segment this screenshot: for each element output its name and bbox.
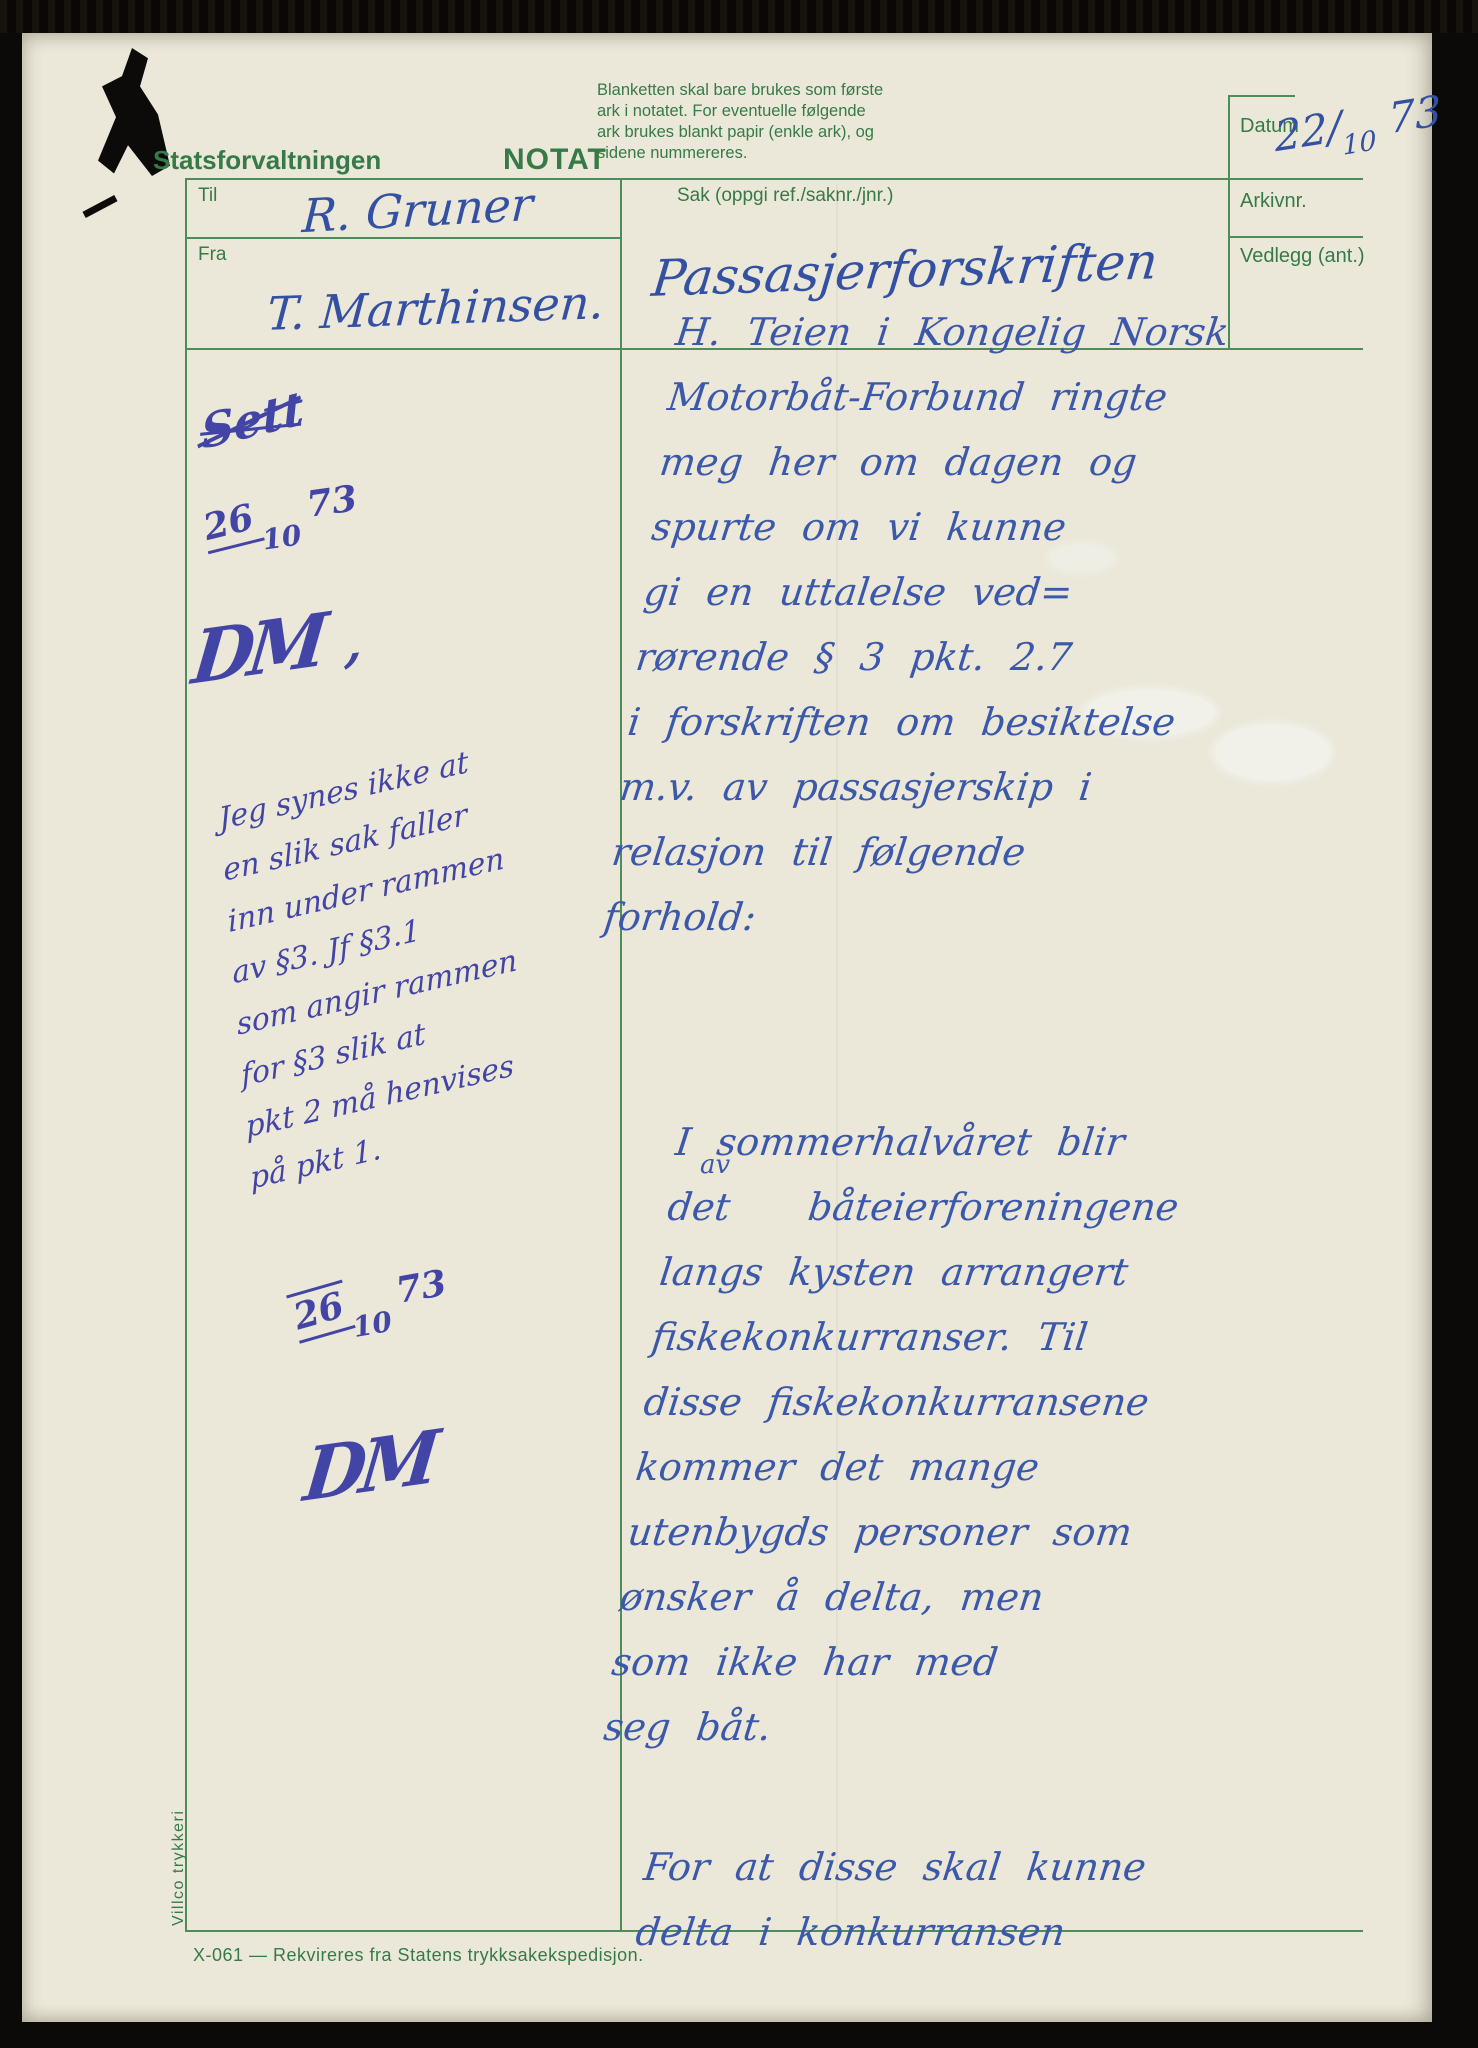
doc-type-title: NOTAT xyxy=(503,143,607,177)
margin-initials-1: DM, xyxy=(188,590,368,701)
initials-text: DM xyxy=(300,1413,438,1518)
date-numerator: 26 xyxy=(286,1280,356,1344)
body-line: For at disse skal kunne xyxy=(640,1835,1388,1900)
vedlegg-label: Vedlegg (ant.) xyxy=(1240,245,1365,268)
instruction-line: Blanketten skal bare brukes som første xyxy=(597,80,883,101)
arkivnr-label: Arkivnr. xyxy=(1240,190,1307,213)
sak-label: Sak (oppgi ref./saknr./jnr.) xyxy=(677,185,894,207)
arkivnr-vedlegg-divider xyxy=(1228,236,1363,238)
handwritten-sak-value: Passasjerforskriften xyxy=(649,232,1161,308)
body-line: rørende § 3 pkt. 2.7 xyxy=(632,625,1380,690)
fra-label: Fra xyxy=(198,244,227,266)
body-line: langs kysten arrangert xyxy=(656,1240,1404,1305)
body-line: fiskekonkurranser. Til xyxy=(648,1305,1396,1370)
body-line: forhold: xyxy=(600,885,1348,950)
margin-date-1: 261073 xyxy=(198,477,363,564)
handwritten-date: 22/10 73 xyxy=(1273,86,1443,173)
body-line: kommer det mange xyxy=(632,1435,1380,1500)
instruction-line: ark brukes blankt papir (enkle ark), og xyxy=(597,122,883,143)
printer-credit-vertical: Villco trykkeri xyxy=(170,1810,188,1926)
body-line: det båteierforeningene xyxy=(664,1175,1412,1240)
initials-comma: , xyxy=(343,615,366,675)
scanned-notat-document: Statsforvaltningen NOTAT Blanketten skal… xyxy=(0,0,1478,2048)
body-line: ønsker å delta, men xyxy=(616,1565,1364,1630)
body-paragraph-2: I sommerhalvåret blirdet båteierforening… xyxy=(600,1110,1420,1760)
til-label: Til xyxy=(198,185,217,207)
body-line: spurte om vi kunne xyxy=(648,495,1396,560)
body-line: meg her om dagen og xyxy=(656,430,1404,495)
form-number-footer: X-061 — Rekvireres fra Statens trykksake… xyxy=(193,1945,644,1966)
date-day: 22/ xyxy=(1273,102,1342,162)
date-year: 73 xyxy=(1387,86,1442,144)
handwritten-til-value: R. Gruner xyxy=(301,177,535,243)
date-year: 73 xyxy=(304,477,359,526)
body-line: gi en uttalelse ved= xyxy=(640,560,1388,625)
paper-sheet: Statsforvaltningen NOTAT Blanketten skal… xyxy=(22,33,1432,2022)
datum-cell-top-border xyxy=(1228,95,1295,97)
body-line: disse fiskekonkurransene xyxy=(640,1370,1388,1435)
date-month: 10 xyxy=(1342,125,1378,162)
ink-smudge-mark xyxy=(82,195,117,218)
instruction-line: ark i notatet. For eventuelle følgende xyxy=(597,101,883,122)
body-paragraph-1: H. Teien i Kongelig NorskMotorbåt-Forbun… xyxy=(600,300,1420,950)
form-instructions: Blanketten skal bare brukes som førstear… xyxy=(597,80,883,164)
table-top-border xyxy=(185,178,1363,180)
margin-sett-scribble: Sett xyxy=(200,380,306,460)
handwritten-fra-value: T. Marthinsen. xyxy=(265,275,606,341)
org-name: Statsforvaltningen xyxy=(153,145,381,176)
body-line: I sommerhalvåret blir xyxy=(672,1110,1420,1175)
initials-text: DM xyxy=(188,596,326,701)
body-line: seg båt. xyxy=(600,1695,1348,1760)
body-line: H. Teien i Kongelig Norsk xyxy=(672,300,1420,365)
body-paragraph-3: For at disse skal kunnedelta i konkurran… xyxy=(632,1835,1388,1965)
date-numerator: 26 xyxy=(197,495,265,555)
margin-date-2: 261073 xyxy=(287,1262,453,1354)
body-line: m.v. av passasjerskip i xyxy=(616,755,1364,820)
body-line: som ikke har med xyxy=(608,1630,1356,1695)
body-line: i forskriften om besiktelse xyxy=(624,690,1372,755)
table-left-border xyxy=(185,178,187,1932)
scan-background-strip xyxy=(0,0,1478,33)
date-denominator: 10 xyxy=(350,1305,394,1344)
margin-note: Jeg synes ikke aten slik sak fallerinn u… xyxy=(217,713,604,1204)
body-line: utenbygds personer som xyxy=(624,1500,1372,1565)
instruction-line: sidene nummereres. xyxy=(597,143,883,164)
date-denominator: 10 xyxy=(260,518,303,556)
date-year: 73 xyxy=(393,1262,450,1312)
body-line: relasjon til følgende xyxy=(608,820,1356,885)
margin-initials-2: DM xyxy=(300,1413,438,1518)
body-line: Motorbåt-Forbund ringte xyxy=(664,365,1412,430)
body-line: delta i konkurransen xyxy=(632,1900,1380,1965)
